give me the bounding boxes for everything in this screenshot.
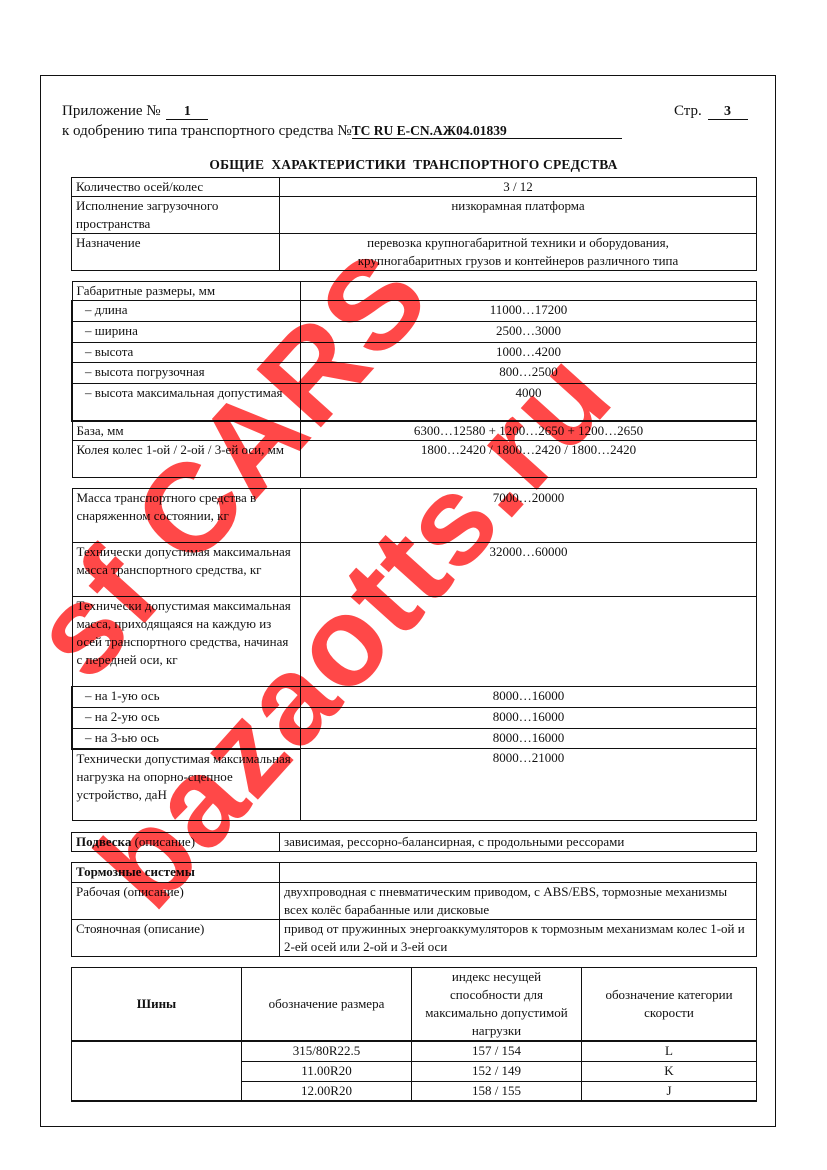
- curb-mass-value: 7000…20000: [301, 489, 757, 543]
- max-height-label: – высота максимальная допустимая: [72, 384, 301, 421]
- table-row: Количество осей/колес 3 / 12: [72, 178, 757, 197]
- table-row: Колея колес 1-ой / 2-ой / 3-ей оси, мм 1…: [72, 440, 757, 477]
- dimensions-header: Габаритные размеры, мм: [72, 282, 301, 301]
- brakes-header-value: [280, 863, 757, 883]
- cargo-space-label: Исполнение загрузочного пространства: [72, 197, 280, 234]
- table-row: Рабочая (описание) двухпроводная с пневм…: [72, 883, 757, 920]
- tire-load-index: 152 / 149: [412, 1061, 582, 1081]
- table-row: Стояночная (описание) привод от пружинны…: [72, 920, 757, 957]
- table-row: – высота погрузочная 800…2500: [72, 363, 757, 384]
- purpose-value: перевозка крупногабаритной техники и обо…: [280, 234, 757, 271]
- table-row: База, мм 6300…12580 + 1200…2650 + 1200…2…: [72, 421, 757, 441]
- brakes-header: Тормозные системы: [72, 863, 280, 883]
- loading-height-label: – высота погрузочная: [72, 363, 301, 384]
- mass-table: Масса транспортного средства в снаряженн…: [71, 488, 757, 821]
- suspension-label-rest: (описание): [131, 834, 195, 849]
- suspension-label-bold: Подвеска: [76, 834, 131, 849]
- table-row: Масса транспортного средства в снаряженн…: [72, 489, 757, 543]
- axles-wheels-label: Количество осей/колес: [72, 178, 280, 197]
- table-row: Подвеска (описание) зависимая, рессорно-…: [72, 833, 757, 852]
- service-brake-value: двухпроводная с пневматическим приводом,…: [280, 883, 757, 920]
- page-title: ОБЩИЕ ХАРАКТЕРИСТИКИ ТРАНСПОРТНОГО СРЕДС…: [71, 157, 756, 173]
- tires-load-index-header: индекс несущей способности для максималь…: [412, 968, 582, 1042]
- axle-2-label: – на 2-ую ось: [72, 708, 301, 729]
- dimensions-table: Габаритные размеры, мм – длина 11000…172…: [71, 281, 757, 478]
- purpose-label: Назначение: [72, 234, 280, 271]
- brakes-table: Тормозные системы Рабочая (описание) дву…: [71, 862, 757, 957]
- axle-3-label: – на 3-ью ось: [72, 729, 301, 749]
- parking-brake-label: Стояночная (описание): [72, 920, 280, 957]
- axle-1-label: – на 1-ую ось: [72, 687, 301, 708]
- tire-load-index: 157 / 154: [412, 1041, 582, 1061]
- approval-label: к одобрению типа транспортного средства …: [62, 123, 352, 139]
- length-value: 11000…17200: [301, 301, 757, 322]
- curb-mass-label: Масса транспортного средства в снаряженн…: [72, 489, 301, 543]
- wheelbase-value: 6300…12580 + 1200…2650 + 1200…2650: [301, 421, 757, 441]
- tire-speed: L: [582, 1041, 757, 1061]
- table-row: Габаритные размеры, мм: [72, 282, 757, 301]
- table-row: – на 3-ью ось 8000…16000: [72, 729, 757, 749]
- axles-wheels-value: 3 / 12: [280, 178, 757, 197]
- tires-header-row: Шины обозначение размера индекс несущей …: [72, 968, 757, 1042]
- length-label: – длина: [72, 301, 301, 322]
- coupling-load-value: 8000…21000: [301, 749, 757, 821]
- table-row: Технически допустимая максимальная масса…: [72, 543, 757, 597]
- table-row: – длина 11000…17200: [72, 301, 757, 322]
- tire-size: 12.00R20: [242, 1081, 412, 1101]
- table-row: – высота максимальная допустимая 4000: [72, 384, 757, 421]
- tires-speed-header: обозначение категории скорости: [582, 968, 757, 1042]
- table-row: – высота 1000…4200: [72, 343, 757, 363]
- parking-brake-value: привод от пружинных энергоаккумуляторов …: [280, 920, 757, 957]
- tires-blank-cell: [72, 1041, 242, 1101]
- max-mass-label: Технически допустимая максимальная масса…: [72, 543, 301, 597]
- appendix-number: 1: [166, 104, 208, 120]
- approval-line: к одобрению типа транспортного средства …: [62, 122, 622, 140]
- cargo-space-value: низкорамная платформа: [280, 197, 757, 234]
- max-height-value: 4000: [301, 384, 757, 421]
- tire-speed: J: [582, 1081, 757, 1101]
- page-label: Стр.: [674, 103, 702, 119]
- table-row: Исполнение загрузочного пространства низ…: [72, 197, 757, 234]
- tire-load-index: 158 / 155: [412, 1081, 582, 1101]
- approval-number: ТС RU E-CN.АЖ04.01839: [352, 123, 622, 139]
- tire-speed: K: [582, 1061, 757, 1081]
- table-row: Технически допустимая максимальная масса…: [72, 597, 757, 687]
- suspension-table: Подвеска (описание) зависимая, рессорно-…: [71, 832, 757, 852]
- tires-size-header: обозначение размера: [242, 968, 412, 1042]
- loading-height-value: 800…2500: [301, 363, 757, 384]
- suspension-label: Подвеска (описание): [72, 833, 280, 852]
- appendix-line: Приложение № 1: [62, 102, 208, 120]
- table-row: – ширина 2500…3000: [72, 322, 757, 343]
- table-row: – на 2-ую ось 8000…16000: [72, 708, 757, 729]
- appendix-label: Приложение №: [62, 103, 161, 119]
- per-axle-mass-label: Технически допустимая максимальная масса…: [72, 597, 301, 687]
- page-line: Стр. 3: [674, 102, 748, 120]
- page-number: 3: [708, 104, 748, 120]
- axle-1-value: 8000…16000: [301, 687, 757, 708]
- axle-2-value: 8000…16000: [301, 708, 757, 729]
- service-brake-label: Рабочая (описание): [72, 883, 280, 920]
- axle-3-value: 8000…16000: [301, 729, 757, 749]
- general-table: Количество осей/колес 3 / 12 Исполнение …: [71, 177, 757, 271]
- height-value: 1000…4200: [301, 343, 757, 363]
- width-value: 2500…3000: [301, 322, 757, 343]
- wheelbase-label: База, мм: [72, 421, 301, 441]
- table-row: Тормозные системы: [72, 863, 757, 883]
- width-label: – ширина: [72, 322, 301, 343]
- max-mass-value: 32000…60000: [301, 543, 757, 597]
- suspension-value: зависимая, рессорно-балансирная, с продо…: [280, 833, 757, 852]
- table-row: Технически допустимая максимальная нагру…: [72, 749, 757, 821]
- table-row: – на 1-ую ось 8000…16000: [72, 687, 757, 708]
- coupling-load-label: Технически допустимая максимальная нагру…: [72, 749, 301, 821]
- table-row: 315/80R22.5 157 / 154 L: [72, 1041, 757, 1061]
- table-row: Назначение перевозка крупногабаритной те…: [72, 234, 757, 271]
- track-label: Колея колес 1-ой / 2-ой / 3-ей оси, мм: [72, 440, 301, 477]
- tires-header: Шины: [72, 968, 242, 1042]
- per-axle-mass-value: [301, 597, 757, 687]
- tire-size: 315/80R22.5: [242, 1041, 412, 1061]
- tire-size: 11.00R20: [242, 1061, 412, 1081]
- height-label: – высота: [72, 343, 301, 363]
- dimensions-header-value: [301, 282, 757, 301]
- track-value: 1800…2420 / 1800…2420 / 1800…2420: [301, 440, 757, 477]
- tires-table: Шины обозначение размера индекс несущей …: [71, 967, 757, 1102]
